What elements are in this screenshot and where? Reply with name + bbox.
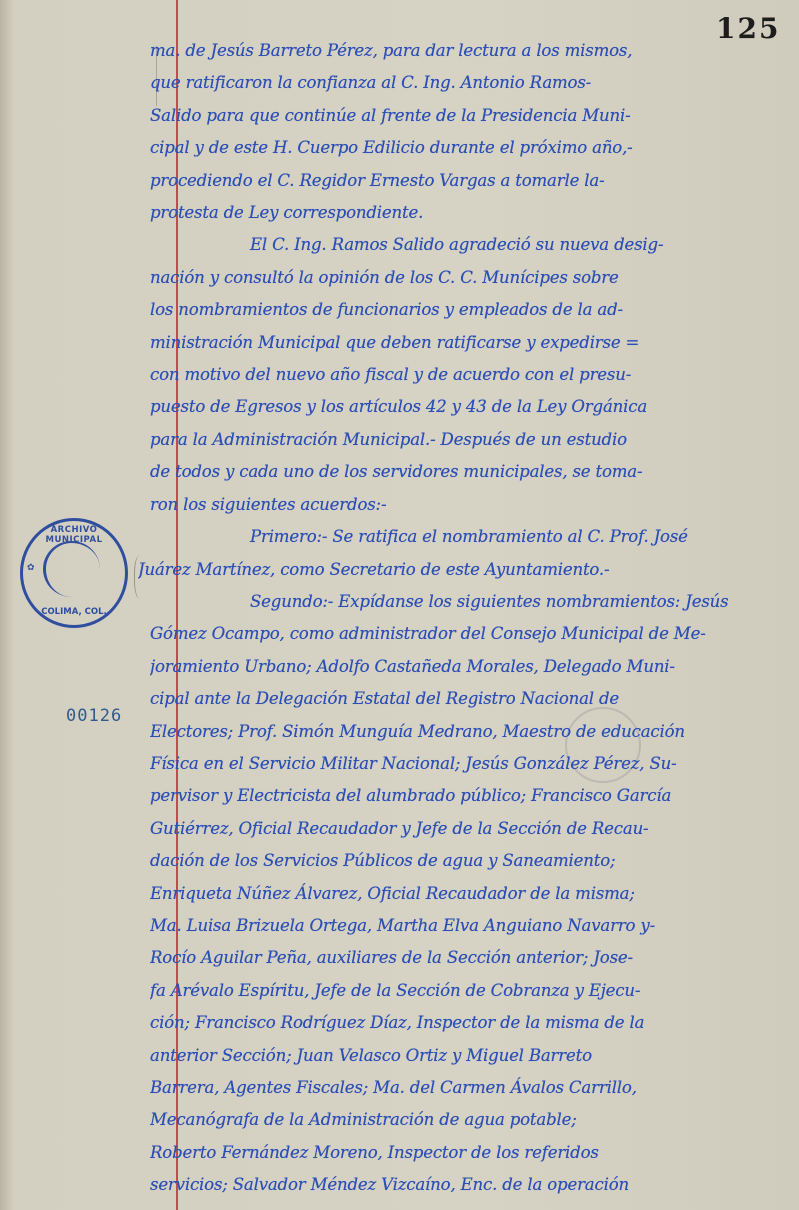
stamp-ornament-icon: ✿ — [27, 563, 35, 573]
text-line: Roberto Fernández Moreno, Inspector de l… — [150, 1137, 790, 1169]
text-line: Física en el Servicio Militar Nacional; … — [150, 748, 790, 780]
text-line: Gómez Ocampo, como administrador del Con… — [150, 618, 790, 650]
text-line: pervisor y Electricista del alumbrado pú… — [150, 780, 790, 812]
text-line: Ma. Luisa Brizuela Ortega, Martha Elva A… — [150, 910, 790, 942]
text-line: fa Arévalo Espíritu, Jefe de la Sección … — [150, 975, 790, 1007]
text-line: cipal ante la Delegación Estatal del Reg… — [150, 683, 790, 715]
text-line: Gutiérrez, Oficial Recaudador y Jefe de … — [150, 813, 790, 845]
text-line: puesto de Egresos y los artículos 42 y 4… — [150, 391, 790, 423]
text-line: de todos y cada uno de los servidores mu… — [150, 456, 790, 488]
text-line: protesta de Ley correspondiente. — [150, 197, 790, 229]
paragraph-start-line: El C. Ing. Ramos Salido agradeció su nue… — [150, 229, 790, 261]
ledger-page: 125 ARCHIVO MUNICIPAL ✿ COLIMA, COL. 001… — [0, 0, 799, 1210]
text-line: Mecanógrafa de la Administración de agua… — [150, 1104, 790, 1136]
archive-stamp: ARCHIVO MUNICIPAL ✿ COLIMA, COL. — [20, 518, 128, 628]
text-line: procediendo el C. Regidor Ernesto Vargas… — [150, 165, 790, 197]
text-line: nación y consultó la opinión de los C. C… — [150, 262, 790, 294]
text-line: cipal y de este H. Cuerpo Edilicio duran… — [150, 132, 790, 164]
agreement-first-line: Primero:- Se ratifica el nombramiento al… — [150, 521, 790, 553]
text-line: anterior Sección; Juan Velasco Ortiz y M… — [150, 1040, 790, 1072]
text-line: ma. de Jesús Barreto Pérez, para dar lec… — [150, 35, 790, 67]
handwritten-text: ma. de Jesús Barreto Pérez, para dar lec… — [150, 35, 790, 1202]
text-line: ron los siguientes acuerdos:- — [150, 489, 790, 521]
text-line: dación de los Servicios Públicos de agua… — [150, 845, 790, 877]
text-line: Enriqueta Núñez Álvarez, Oficial Recauda… — [150, 878, 790, 910]
stamp-inner-ring — [43, 541, 100, 597]
agreement-second-line: Segundo:- Expídanse los siguientes nombr… — [150, 586, 790, 618]
text-line: ción; Francisco Rodríguez Díaz, Inspecto… — [150, 1007, 790, 1039]
text-line: con motivo del nuevo año fiscal y de acu… — [150, 359, 790, 391]
text-line: Juárez Martínez, como Secretario de este… — [138, 554, 790, 586]
text-line: joramiento Urbano; Adolfo Castañeda Mora… — [150, 651, 790, 683]
text-line: Salido para que continúe al frente de la… — [150, 100, 790, 132]
text-line: que ratificaron la confianza al C. Ing. … — [150, 67, 790, 99]
text-line: Rocío Aguilar Peña, auxiliares de la Sec… — [150, 942, 790, 974]
text-line: los nombramientos de funcionarios y empl… — [150, 294, 790, 326]
text-line: ministración Municipal que deben ratific… — [150, 327, 790, 359]
text-line: Electores; Prof. Simón Munguía Medrano, … — [150, 716, 790, 748]
text-line: Barrera, Agentes Fiscales; Ma. del Carme… — [150, 1072, 790, 1104]
text-line: servicios; Salvador Méndez Vizcaíno, Enc… — [150, 1169, 790, 1201]
stamp-bottom-text: COLIMA, COL. — [23, 607, 125, 617]
text-line: para la Administración Municipal.- Despu… — [150, 424, 790, 456]
serial-number: 00126 — [66, 706, 122, 726]
